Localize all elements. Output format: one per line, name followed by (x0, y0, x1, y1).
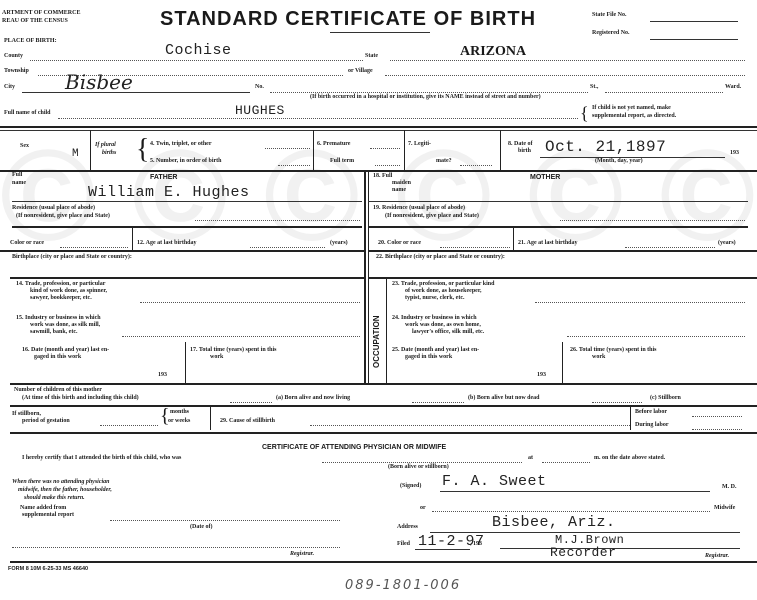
born-alive-living-label: (a) Born alive and now living (276, 395, 350, 402)
divider (513, 228, 514, 250)
stillborn-count-label: (c) Stillborn (650, 395, 681, 402)
dob-suffix: 193 (730, 150, 739, 157)
mother-industry-field (567, 336, 745, 337)
name-added-label-1: Name added from (20, 505, 66, 512)
divider (90, 130, 91, 170)
divider (364, 170, 366, 385)
not-named-note-2: supplemental report, as directed. (592, 113, 676, 120)
twin-field (265, 148, 310, 149)
father-total-label-1: 17. Total time (years) spent in this (190, 347, 277, 354)
filed-suffix: , 193 (470, 541, 482, 548)
registered-label: Registered No. (592, 30, 630, 37)
brace: { (580, 104, 589, 122)
certify-text: I hereby certify that I attended the bir… (22, 455, 181, 462)
cause-stillbirth-field (310, 425, 630, 426)
divider (0, 126, 757, 128)
mother-age-label: 21. Age at last birthday (518, 240, 578, 247)
time-field (542, 462, 590, 463)
before-labor-label: Before labor (635, 409, 667, 416)
father-industry-field (122, 336, 360, 337)
county-value[interactable]: Cochise (165, 42, 232, 59)
village-label: or Village (348, 68, 373, 75)
ward-label: Ward. (725, 84, 741, 91)
mother-color-label: 20. Color or race (378, 240, 421, 247)
divider (0, 170, 757, 172)
divider (12, 201, 362, 202)
father-heading: FATHER (150, 174, 177, 181)
department-line-1: ARTMENT OF COMMERCE (2, 10, 80, 17)
divider (368, 277, 757, 279)
signed-label: (Signed) (400, 483, 421, 490)
address-value[interactable]: Bisbee, Ariz. (492, 514, 616, 531)
certificate-title: STANDARD CERTIFICATE OF BIRTH (160, 8, 536, 31)
sex-label: Sex (20, 143, 29, 150)
mother-industry-label-3: lawyer's office, silk mill, etc. (412, 329, 484, 336)
mother-name-label-1: 18. Full (373, 173, 392, 180)
midwife-label: Midwife (714, 505, 735, 512)
divider (313, 130, 314, 170)
title-underline (330, 32, 430, 33)
plural-label-2: births (102, 150, 116, 157)
order-label: 5. Number, in order of birth (150, 158, 222, 165)
dob-hint: (Month, day, year) (595, 158, 643, 165)
children-label-1: Number of children of this mother (14, 387, 102, 394)
hospital-note: (If birth occurred in a hospital or inst… (310, 94, 541, 101)
state-line (390, 60, 745, 61)
mother-total-label-1: 26. Total time (years) spent in this (570, 347, 657, 354)
mother-color-field (440, 247, 510, 248)
city-line (22, 92, 250, 93)
mother-date-suffix: 193 (537, 372, 546, 379)
registered-field[interactable] (650, 39, 738, 40)
father-date-suffix: 193 (158, 372, 167, 379)
county-line (30, 60, 363, 61)
father-years-label: (years) (330, 240, 348, 247)
filed-label: Filed (397, 541, 410, 548)
state-file-field[interactable] (650, 21, 738, 22)
certificate-heading: CERTIFICATE OF ATTENDING PHYSICIAN OR MI… (262, 444, 446, 451)
divider (368, 226, 748, 228)
mother-date-label-2: gaged in this work (405, 354, 452, 361)
mother-residence-label-1: 19. Residence (usual place of abode) (373, 205, 465, 212)
full-term-field (375, 165, 400, 166)
registrar-label-right: Registrar. (705, 553, 729, 560)
mother-residence-label-2: (If nonresident, give place and State) (385, 213, 479, 220)
mother-industry-label-1: 24. Industry or business in which (392, 315, 477, 322)
stillborn-label-2: period of gestation (22, 418, 70, 425)
order-field (278, 165, 310, 166)
dob-value[interactable]: Oct. 21,1897 (545, 138, 666, 156)
father-name-label-2: name (12, 180, 26, 187)
father-color-field (60, 247, 128, 248)
father-trade-field (140, 302, 360, 303)
father-trade-label-2: kind of work done, as spinner, (30, 288, 107, 295)
mother-date-label-1: 25. Date (month and year) last en- (392, 347, 479, 354)
divider (10, 277, 364, 279)
village-line (385, 75, 745, 76)
divider (562, 342, 563, 385)
mother-trade-field (535, 302, 745, 303)
mother-trade-label-3: typist, nurse, clerk, etc. (405, 295, 465, 302)
plural-label-1: If plural (95, 142, 116, 149)
born-alive-living-field (412, 402, 464, 403)
occupation-heading: OCCUPATION (372, 315, 381, 368)
divider (10, 561, 757, 563)
father-residence-field (195, 220, 360, 221)
father-residence-label-1: Residence (usual place of abode) (12, 205, 95, 212)
father-date-label-1: 16. Date (month and year) last en- (22, 347, 109, 354)
state-label: State (365, 53, 378, 60)
father-date-label-2: gaged in this work (34, 354, 81, 361)
father-age-label: 12. Age at last birthday (137, 240, 197, 247)
name-added-label-2: supplemental report (22, 512, 74, 519)
mother-age-field (625, 247, 715, 248)
premature-label: 6. Premature (317, 141, 350, 148)
divider (368, 201, 748, 202)
form-number: FORM 8 10M 6-25-33 MS 46640 (8, 566, 88, 573)
legit-label-2: mate? (436, 158, 452, 165)
midwife-line (432, 511, 710, 512)
no-physician-note-2: midwife, then the father, householder, (18, 487, 112, 494)
mother-trade-label-1: 23. Trade, profession, or particular kin… (392, 281, 494, 288)
no-physician-note-3: should make this return. (24, 495, 85, 502)
county-label: County (4, 53, 23, 60)
father-birthplace-label: Birthplace (city or place and State or c… (12, 254, 132, 261)
at-label: at (528, 455, 533, 462)
divider (10, 405, 757, 407)
place-of-birth-heading: PLACE OF BIRTH: (4, 38, 57, 45)
signed-value[interactable]: F. A. Sweet (442, 473, 547, 490)
mother-total-label-2: work (592, 354, 605, 361)
department-line-2: REAU OF THE CENSUS (2, 18, 68, 25)
father-age-field (250, 247, 325, 248)
father-residence-label-2: (If nonresident, give place and State) (16, 213, 110, 220)
gestation-field (100, 425, 158, 426)
handwritten-number: 089-1801-006 (345, 578, 461, 593)
during-labor-label: During labor (635, 422, 669, 429)
father-industry-label-3: sawmill, bank, etc. (30, 329, 78, 336)
father-color-label: Color or race (10, 240, 44, 247)
date-stated-text: m. on the date above stated. (594, 455, 665, 462)
father-trade-label-1: 14. Trade, profession, or particular (16, 281, 105, 288)
father-industry-label-2: work was done, as silk mill, (30, 322, 100, 329)
or-label: or (420, 505, 426, 512)
registrar-label-left: Registrar. (290, 551, 314, 558)
mother-heading: MOTHER (530, 174, 560, 181)
divider (210, 405, 211, 430)
certify-field (322, 462, 522, 463)
street-number-label: No. (255, 84, 264, 91)
children-label-2: (At time of this birth and including thi… (22, 395, 139, 402)
address-label: Address (397, 524, 418, 531)
divider (368, 250, 757, 252)
street-label: St., (590, 84, 598, 91)
father-name-value[interactable]: William E. Hughes (88, 184, 250, 201)
child-name-value[interactable]: HUGHES (235, 103, 285, 118)
born-alive-dead-label: (b) Born alive but now dead (468, 395, 540, 402)
divider (12, 226, 362, 228)
twin-label: 4. Twin, triplet, or other (150, 141, 212, 148)
registrar-title[interactable]: Recorder (550, 545, 616, 560)
divider (10, 432, 757, 434)
registrar-line-left (12, 547, 340, 548)
full-term-label: Full term (330, 158, 354, 165)
father-industry-label-1: 15. Industry or business in which (16, 315, 101, 322)
mother-name-label-3: name (392, 187, 406, 194)
date-of-label: (Date of) (190, 524, 213, 531)
father-total-label-2: work (210, 354, 223, 361)
during-labor-field (692, 429, 742, 430)
mother-name-label-2: maiden (392, 180, 411, 187)
divider (500, 130, 501, 170)
cause-stillbirth-label: 29. Cause of stillbirth (220, 418, 275, 425)
divider (630, 405, 631, 430)
signed-line (440, 491, 710, 492)
divider (132, 228, 133, 250)
months-label: months (170, 409, 189, 416)
not-named-note-1: If child is not yet named, make (592, 105, 671, 112)
mother-birthplace-label: 22. Birthplace (city or place and State … (376, 254, 505, 261)
divider (0, 250, 364, 252)
city-value[interactable]: Bisbee (65, 70, 133, 94)
divider (386, 277, 387, 383)
dob-label-1: 8. Date of (508, 141, 533, 148)
premature-field (370, 148, 400, 149)
legit-label-1: 7. Legiti- (408, 141, 431, 148)
weeks-label: or weeks (168, 418, 190, 425)
stillborn-label-1: If stillborn, (12, 411, 41, 418)
mother-trade-label-2: of work done, as housekeeper, (405, 288, 481, 295)
city-label: City (4, 84, 15, 91)
sex-value[interactable]: M (72, 148, 79, 160)
legit-field (460, 165, 492, 166)
born-alive-dead-field (592, 402, 642, 403)
father-trade-label-3: sawyer, bookkeeper, etc. (30, 295, 92, 302)
ward-line (605, 92, 723, 93)
father-name-label-1: Full (12, 172, 22, 179)
divider (185, 342, 186, 385)
dob-label-2: birth (518, 148, 531, 155)
alive-hint: (Born alive or stillborn) (388, 464, 449, 471)
mother-industry-label-2: work was done, as own home, (405, 322, 481, 329)
divider (404, 130, 405, 170)
before-labor-field (692, 416, 742, 417)
registrar-line-right (500, 548, 740, 549)
children-total-field (230, 402, 272, 403)
state-file-label: State File No. (592, 12, 627, 19)
divider (0, 130, 757, 131)
child-name-label: Full name of child (4, 110, 51, 117)
township-label: Township (4, 68, 29, 75)
street-line (270, 92, 588, 93)
no-physician-note-1: When there was no attending physician (12, 479, 110, 486)
mother-residence-field (560, 220, 745, 221)
state-value[interactable]: ARIZONA (460, 44, 526, 60)
divider (10, 383, 757, 385)
brace: { (136, 136, 149, 164)
child-name-line (58, 118, 578, 119)
name-added-field (110, 520, 340, 521)
md-label: M. D. (722, 484, 737, 491)
mother-years-label: (years) (718, 240, 736, 247)
